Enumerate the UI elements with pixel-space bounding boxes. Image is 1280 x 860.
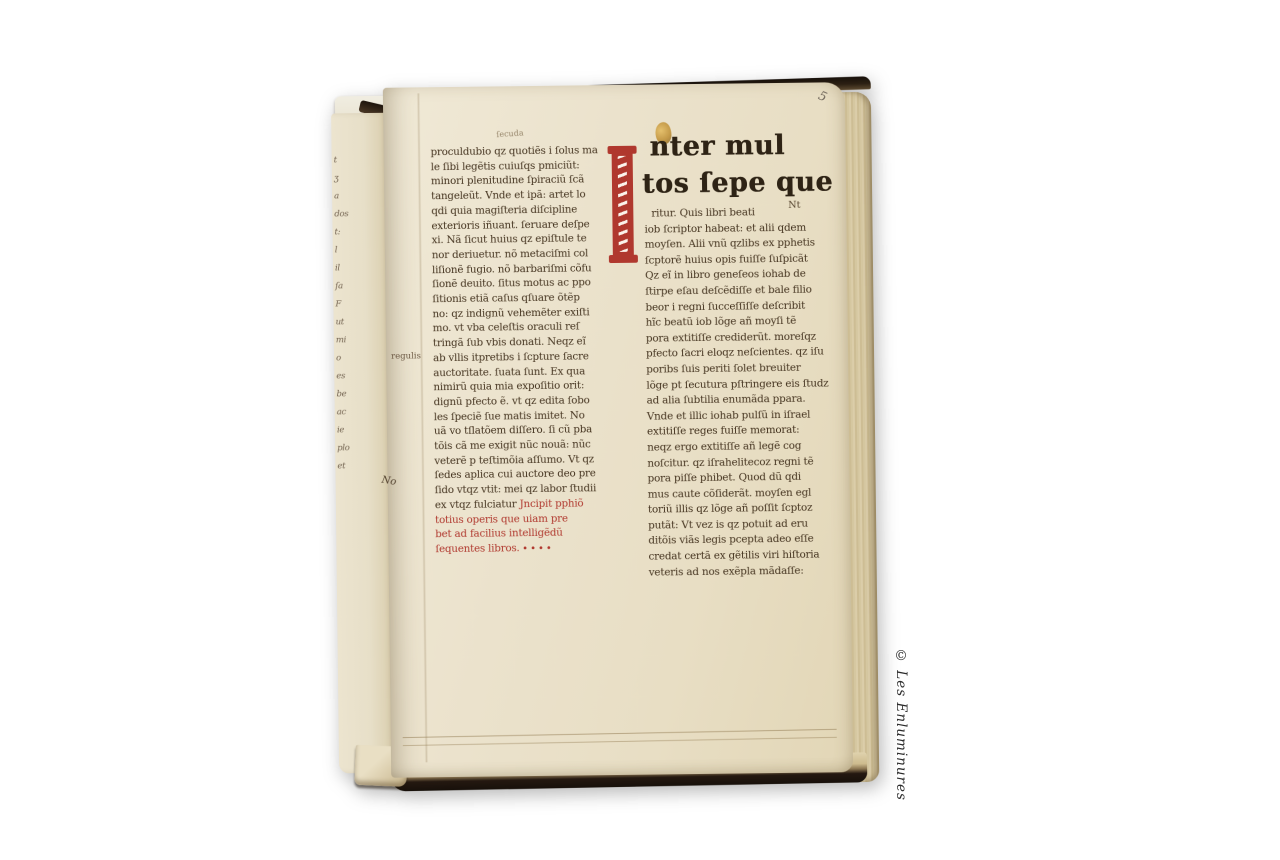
prologue-heading: nter mul tos ſepe que <box>641 126 842 202</box>
manuscript-page: 5 ſecuda regulis No Nt proculdubio qz qu… <box>383 82 853 778</box>
column1-last-line: ex vtqz fulciatur Jncipit pphiõ <box>435 496 601 513</box>
incipit-rubric: totius operis que uiam prebet ad faciliu… <box>435 511 602 557</box>
gutter-crease <box>417 93 428 762</box>
last-line-black-text: ex vtqz fulciatur <box>435 498 520 511</box>
text-column-2: ritur. Quis libri beatiiob ſcriptor habe… <box>644 204 849 581</box>
manuscript-book-photo: tʒadost:lilſaFutmioesbeacieploet 5 ſecud… <box>330 52 899 811</box>
decorated-initial-I <box>612 148 634 261</box>
margin-note-left: regulis <box>391 351 421 361</box>
column1-text: proculdubio qz quotiẽs i ſolus male ſibi… <box>430 143 600 498</box>
heading-line-1: nter mul <box>641 126 841 165</box>
folio-number: 5 <box>816 87 829 104</box>
quire-note: ſecuda <box>496 128 524 139</box>
photo-credit: © Les Enluminures <box>893 648 909 788</box>
bottom-crease <box>403 729 837 746</box>
cut-off-text-fragments: tʒadost:lilſaFutmioesbeacieploet <box>334 151 364 475</box>
text-column-1: proculdubio qz quotiẽs i ſolus male ſibi… <box>430 143 601 557</box>
page-background: { "credit_text": "© Les Enluminures", "f… <box>0 0 1280 860</box>
initial-white-pattern <box>618 156 628 252</box>
incipit-rubric-inline: Jncipit pphiõ <box>520 497 584 510</box>
margin-nota-mark: No <box>381 475 397 488</box>
heading-line-2: tos ſepe que <box>642 163 842 202</box>
